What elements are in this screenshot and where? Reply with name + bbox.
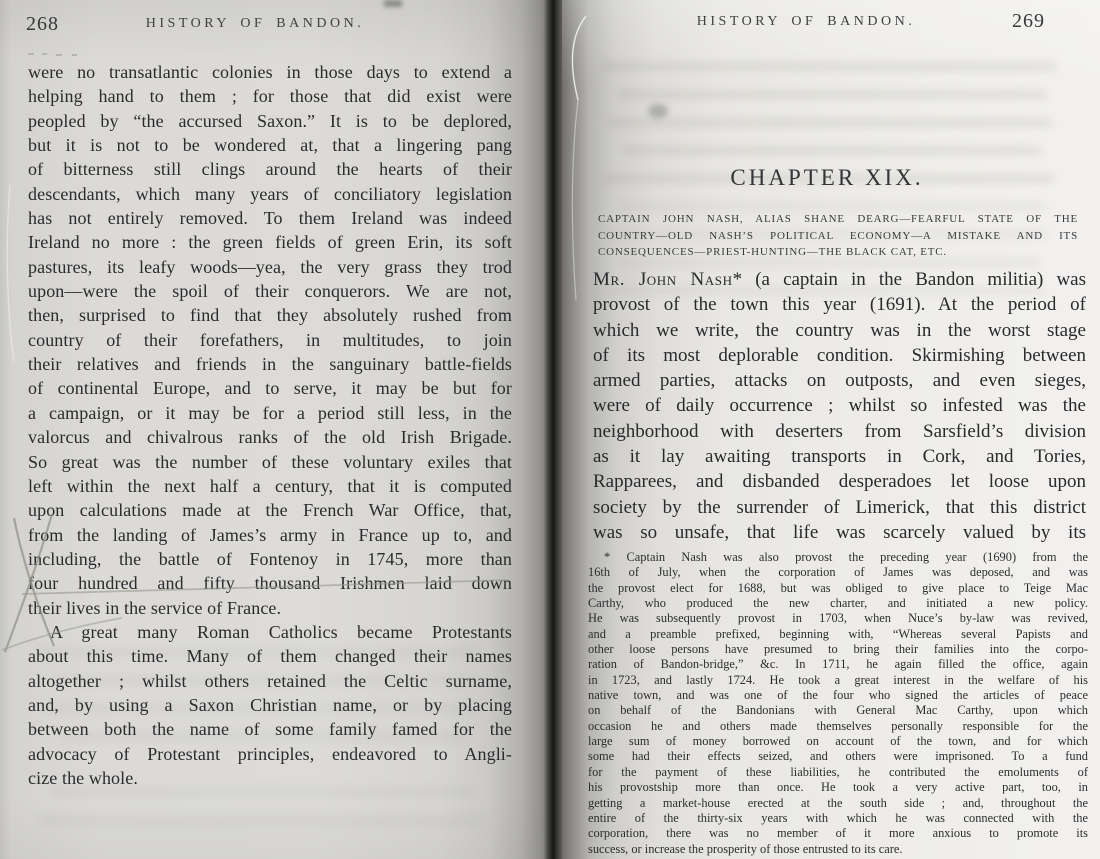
text-line: upon calculations made at the French War… [28,498,512,522]
text-line: was so unsafe, that life was scarcely va… [593,520,1086,545]
text-line: large sum of money borrowed on account o… [588,734,1088,749]
chapter-summary: CAPTAIN JOHN NASH, ALIAS SHANE DEARG—FEA… [598,211,1078,261]
text-line: some had their effects seized, and other… [588,749,1088,764]
text-line: were of daily occurrence ; whilst so inf… [593,393,1086,418]
text-line: their relatives and friends in the sangu… [28,352,512,376]
text-line: a campaign, or it may be for a period st… [28,401,512,425]
scan-smudge [384,0,402,7]
running-head-right: HISTORY OF BANDON. [572,14,1040,30]
page-number-right: 269 [1012,10,1045,33]
text-line: four hundred and fifty thousand Irishmen… [28,571,512,595]
text-line: getting a market-house erected at the so… [588,796,1088,811]
bleed-through-line [602,62,1057,71]
small-caps-name: Mr. John Nash [593,269,733,290]
text-line: and a preamble prefixed, beginning with,… [588,627,1088,642]
text-line: about this time. Many of them changed th… [28,644,512,668]
text-line: 16th of July, when the corporation of Ja… [588,565,1088,580]
book-gutter [543,0,562,859]
text-line: which we write, the country was in the w… [593,318,1086,343]
bleed-through-line [617,90,1047,99]
text-line: * Captain Nash was also provost the prec… [588,550,1088,565]
text-line: other loose persons have presumed to bri… [588,642,1088,657]
footnote-captain-nash: * Captain Nash was also provost the prec… [588,550,1088,857]
text-line: A great many Roman Catholics became Prot… [28,620,512,644]
text-line: in 1723, and lastly 1724. He took a grea… [588,673,1088,688]
text-line: for the payment of these liabilities, he… [588,765,1088,780]
text-line: So great was the number of these volunta… [28,450,512,474]
text-line: including, the battle of Fontenoy in 174… [28,547,512,571]
text-span: * (a captain in the Bandon militia) was [733,269,1086,290]
bleed-through-line [40,816,485,825]
left-page-text-block: were no transatlantic colonies in those … [28,60,512,790]
text-line: peopled by “the accursed Saxon.” It is t… [28,109,512,133]
text-line: ration of Bandon-bridge,” &c. In 1711, h… [588,657,1088,672]
text-line: descendants, which many years of concili… [28,182,512,206]
text-line: corporation, there was no member of it m… [588,826,1088,841]
text-line: left within the next half a century, tha… [28,474,512,498]
text-line: were no transatlantic colonies in those … [28,60,512,84]
text-line: cize the whole. [28,766,512,790]
text-line: success, or increase the prosperity of t… [588,842,1088,857]
text-line: of continental Europe, and to serve, it … [28,376,512,400]
text-line: upon—were the spoil of their conquerors.… [28,279,512,303]
text-line: helping hand to them ; for those that di… [28,84,512,108]
text-line: pastures, its leafy woods—yea, the very … [28,255,512,279]
text-line: occasion he and others made themselves p… [588,719,1088,734]
text-line: country of their forefathers, in multitu… [28,328,512,352]
text-line: Rapparees, and disbanded desperadoes let… [593,469,1086,494]
paragraph-provost: provost of the town this year (1691). At… [593,292,1086,545]
text-line: has not entirely removed. To them Irelan… [28,206,512,230]
text-line: but it is not to be wondered at, that a … [28,133,512,157]
ink-blot [648,104,668,118]
text-line: as it lay awaiting transports in Cork, a… [593,444,1086,469]
text-line: CONSEQUENCES—PRIEST-HUNTING—THE BLACK CA… [598,244,1078,261]
text-line: then, surprised to find that they absolu… [28,303,512,327]
text-line: neighborhood with deserters from Sarsfie… [593,419,1086,444]
text-line: CAPTAIN JOHN NASH, ALIAS SHANE DEARG—FEA… [598,211,1078,228]
bleed-through-line [622,146,1042,155]
page-left: 268 HISTORY OF BANDON. were no transatla… [0,0,548,859]
bleed-through-line [607,118,1052,127]
chapter-heading: CHAPTER XIX. [592,165,1062,191]
text-line: their lives in the service of France. [28,596,512,620]
text-line: Ireland no more : the green fields of gr… [28,230,512,254]
text-line: armed parties, attacks on outposts, and … [593,368,1086,393]
book-scan: 268 HISTORY OF BANDON. were no transatla… [0,0,1100,859]
text-line: on behalf of the Bandonians with General… [588,703,1088,718]
text-line: entire of the thirty-six years with whic… [588,811,1088,826]
text-line: altogether ; whilst others retained the … [28,669,512,693]
right-page-text-block: Mr. John Nash* (a captain in the Bandon … [593,267,1086,545]
text-line: of its most deplorable condition. Skirmi… [593,343,1086,368]
paragraph-roman-catholics: A great many Roman Catholics became Prot… [28,620,512,790]
text-line: between both the name of some family fam… [28,717,512,741]
text-line: from the landing of James’s army in Fran… [28,523,512,547]
page-right: HISTORY OF BANDON. 269 CHAPTER XIX. CAPT… [562,0,1100,859]
text-line: provost of the town this year (1691). At… [593,292,1086,317]
text-line: Carthy, who produced the new charter, an… [588,596,1088,611]
text-line: his provostship more than once. He took … [588,780,1088,795]
text-line: Mr. John Nash* (a captain in the Bandon … [593,267,1086,292]
running-head-left: HISTORY OF BANDON. [20,16,490,32]
text-line: and, by using a Saxon Christian name, or… [28,693,512,717]
text-line: native town, and was one of the four who… [588,688,1088,703]
text-line: the provost elect for 1688, but was obli… [588,581,1088,596]
text-line: He was subsequently provost in 1703, whe… [588,611,1088,626]
text-line: valorcus and chivalrous ranks of the old… [28,425,512,449]
text-line: of bitterness still clings around the he… [28,157,512,181]
text-line: COUNTRY—OLD NASH’S POLITICAL ECONOMY—A M… [598,228,1078,245]
text-line: society by the surrender of Limerick, th… [593,495,1086,520]
bleed-through-line [617,202,1047,211]
text-line: advocacy of Protestant principles, endea… [28,742,512,766]
paragraph-irish-brigade: were no transatlantic colonies in those … [28,60,512,620]
